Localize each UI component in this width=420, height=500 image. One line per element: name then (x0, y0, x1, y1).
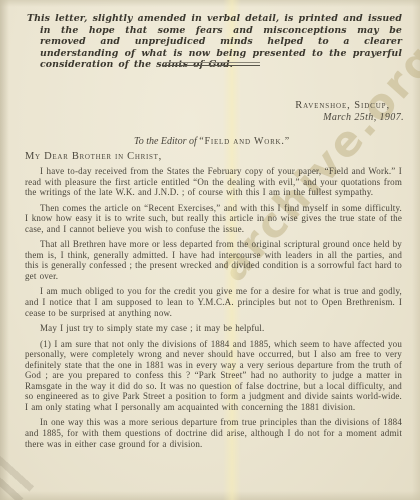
divider-rule-bottom (163, 65, 260, 66)
recipient-publication: “Field and Work.” (199, 136, 290, 147)
recipient-line: To the Editor of “Field and Work.” (0, 136, 420, 147)
letter-page: archive.org This letter, slightly amende… (0, 0, 420, 500)
recipient-prefix: To the Editor of (134, 136, 199, 147)
letter-date: March 25th, 1907. (323, 112, 404, 123)
letter-paragraph: That all Brethren have more or less depa… (25, 239, 402, 281)
sender-address: Ravenshoe, Sidcup, (295, 100, 390, 111)
letter-paragraph: Then comes the article on “Recent Exerci… (25, 203, 402, 235)
divider-rule (163, 62, 260, 67)
letter-paragraph: I am much obliged to you for the credit … (25, 286, 402, 318)
letter-paragraph: I have to-day received from the States t… (25, 166, 402, 198)
salutation: My Dear Brother in Christ, (25, 151, 162, 162)
letter-paragraph: May I just try to simply state my case ;… (25, 323, 402, 334)
letter-content: This letter, slightly amended in verbal … (0, 0, 420, 500)
letter-body: I have to-day received from the States t… (25, 166, 402, 454)
letter-paragraph: In one way this was a more serious depar… (25, 417, 402, 449)
letter-paragraph: (1) I am sure that not only the division… (25, 339, 402, 413)
